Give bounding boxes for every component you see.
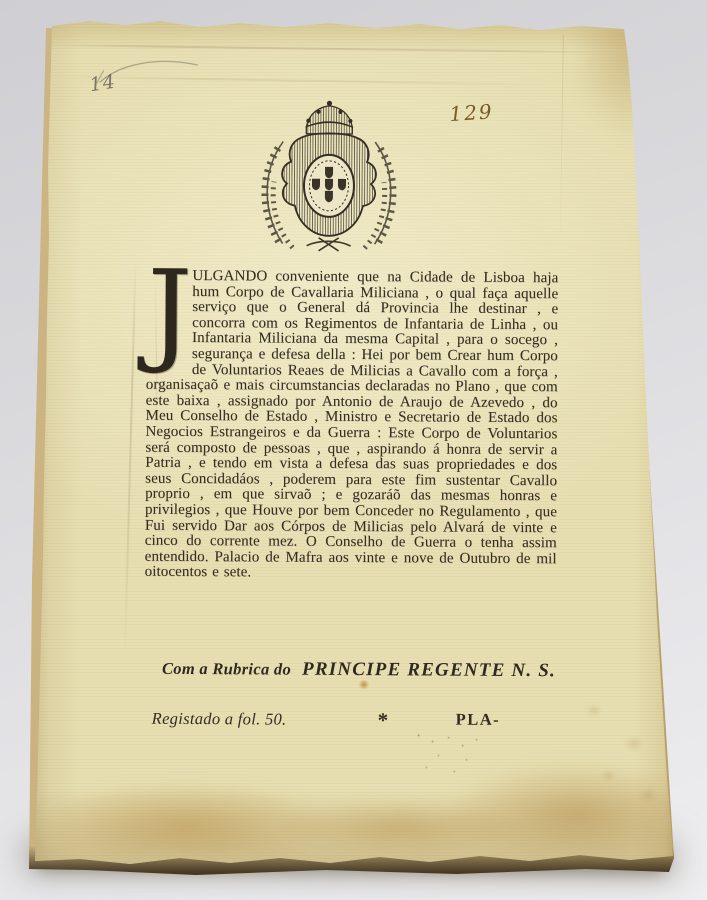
catchword: PLA- [456, 710, 501, 730]
signature-prefix: Com a Rubrica do [162, 659, 291, 679]
signature-line: Com a Rubrica do PRINCIPE REGENTE N. S. [162, 658, 582, 683]
page-content: 14 129 [25, 16, 680, 868]
ink-folio-annotation: 129 [449, 99, 495, 126]
vertical-crease [124, 255, 137, 655]
foxing-spots [573, 684, 674, 815]
rust-spot [358, 680, 370, 689]
footer-line: Registado a fol. 50. * PLA- [144, 707, 556, 736]
document-page: 14 129 [30, 18, 680, 866]
wreath-base [307, 238, 351, 251]
ink-speckles [418, 734, 420, 736]
photo-backdrop: 14 129 [0, 0, 707, 900]
royal-coat-of-arms-emblem [249, 97, 410, 254]
bottom-left-water-stain [31, 778, 341, 858]
decree-text: JULGANDO conveniente que na Cidade de Li… [145, 269, 559, 583]
bottom-right-water-stain [445, 761, 686, 857]
drop-cap-initial: J [146, 269, 193, 363]
top-right-browning-stain [569, 21, 650, 141]
vertical-crease [560, 35, 564, 255]
registration-note: Registado a fol. 50. [152, 709, 287, 730]
signature-mark: * [378, 708, 389, 733]
pencil-annotation: 14 [88, 71, 117, 97]
decree-body: ULGANDO conveniente que na Cidade de Lis… [145, 268, 559, 581]
signature-name: PRINCIPE REGENTE N. S. [302, 659, 556, 682]
bottom-middle-water-stain [265, 797, 535, 857]
drop-cap-letter: J [147, 273, 192, 351]
royal-crown [306, 106, 352, 134]
